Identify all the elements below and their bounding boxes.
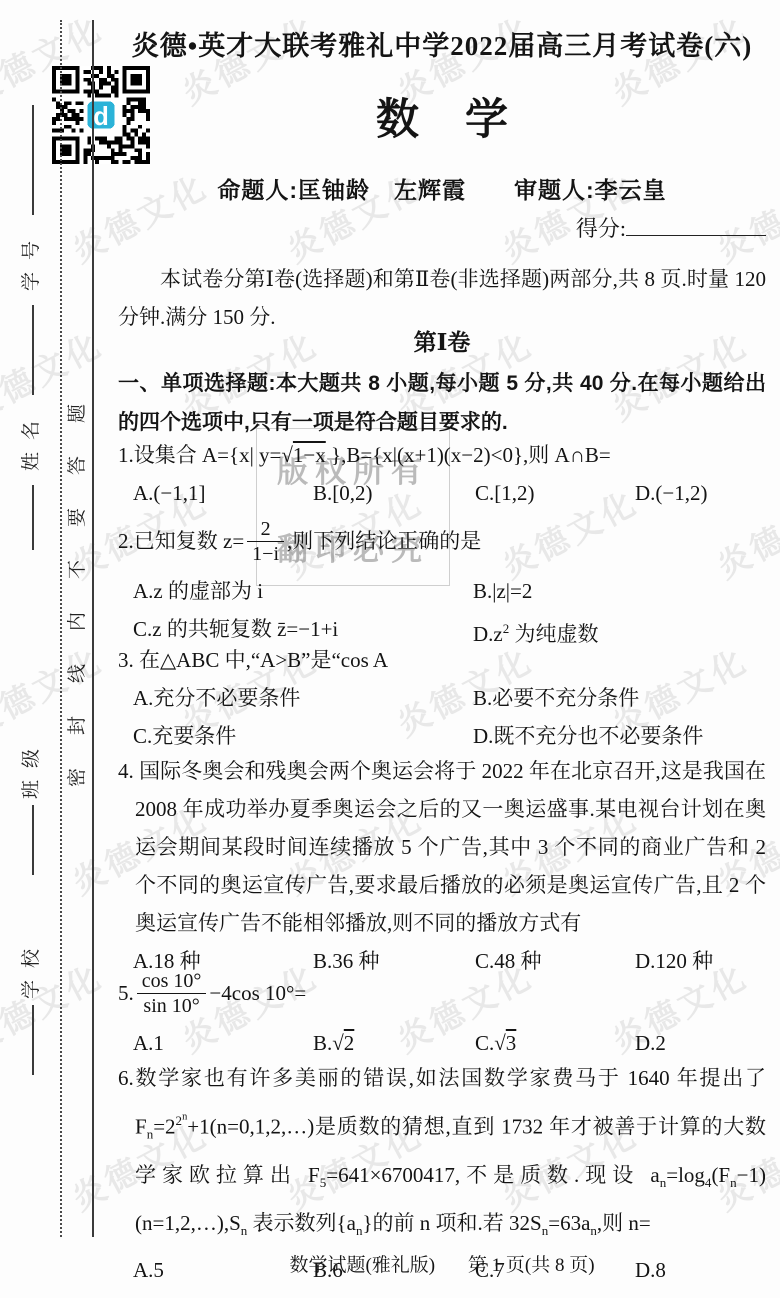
q5-stem-pre: 5. bbox=[118, 974, 134, 1012]
q2-options-row1: A.z 的虚部为 i B.|z|=2 bbox=[118, 572, 766, 610]
q1-stem: 1.设集合 A={x| y=√1−x },B={x|(x+1)(x−2)<0},… bbox=[118, 436, 766, 474]
q2-fraction: 2 1−i bbox=[247, 517, 284, 566]
q5-option-b: B.√2 bbox=[313, 1024, 475, 1062]
subject-title: 数学 bbox=[118, 86, 766, 147]
q3-options-row2: C.充要条件 D.既不充分也不必要条件 bbox=[118, 717, 766, 755]
school-label: 学校 bbox=[20, 922, 44, 1014]
q3-stem: 3. 在△ABC 中,“A>B”是“cos A bbox=[118, 641, 766, 679]
q1-option-b: B.[0,2) bbox=[313, 474, 475, 512]
school-blank-line bbox=[32, 805, 34, 875]
section1-heading: 一、单项选择题:本大题共 8 小题,每小题 5 分,共 40 分.在每小题给出的… bbox=[118, 364, 766, 442]
q3-option-d: D.既不充分也不必要条件 bbox=[473, 717, 766, 755]
question-1: 1.设集合 A={x| y=√1−x },B={x|(x+1)(x−2)<0},… bbox=[118, 436, 766, 512]
q2-stem-pre: 2.已知复数 z= bbox=[118, 522, 244, 560]
question-3: 3. 在△ABC 中,“A>B”是“cos A A.充分不必要条件 B.必要不充… bbox=[118, 641, 766, 755]
q1-option-d: D.(−1,2) bbox=[635, 474, 766, 512]
q1-option-a: A.(−1,1] bbox=[133, 474, 313, 512]
seal-solid-line bbox=[92, 20, 94, 1237]
q3-option-a: A.充分不必要条件 bbox=[133, 679, 473, 717]
seal-dotted-line bbox=[60, 20, 62, 1237]
student-number-label: 学号 bbox=[20, 214, 44, 306]
footer-page-number: 第 1 页(共 8 页) bbox=[468, 1255, 595, 1276]
part1-title: 第Ⅰ卷 bbox=[118, 324, 766, 357]
q5-option-d: D.2 bbox=[635, 1024, 766, 1062]
q2-option-b: B.|z|=2 bbox=[473, 572, 766, 610]
q2-option-a: A.z 的虚部为 i bbox=[133, 572, 473, 610]
q5-options: A.1 B.√2 C.√3 D.2 bbox=[118, 1024, 766, 1062]
q5-option-a: A.1 bbox=[133, 1024, 313, 1062]
question-5: 5. cos 10° sin 10° −4cos 10°= A.1 B.√2 C… bbox=[118, 962, 766, 1062]
q3-option-b: B.必要不充分条件 bbox=[473, 679, 766, 717]
exam-page: { "page": { "header_title": "炎德•英才大联考雅礼中… bbox=[0, 0, 780, 1298]
q4-stem: 4. 国际冬奥会和残奥会两个奥运会将于 2022 年在北京召开,这是我国在200… bbox=[118, 752, 766, 942]
seal-text: 密封线内不要答题 bbox=[66, 387, 90, 787]
q6-stem: 6.数学家也有许多美丽的错误,如法国数学家费马于 1640 年提出了 Fn=22… bbox=[118, 1058, 766, 1251]
score-label: 得分: bbox=[576, 216, 626, 241]
q5-fraction: cos 10° sin 10° bbox=[137, 969, 207, 1018]
name-label: 姓名 bbox=[20, 394, 44, 486]
score-blank bbox=[626, 215, 766, 236]
footer-doc-title: 数学试题(雅礼版) bbox=[289, 1255, 435, 1276]
q5-stem-post: −4cos 10°= bbox=[209, 974, 306, 1012]
class-label: 班级 bbox=[20, 722, 44, 814]
student-number-blank-line bbox=[32, 105, 34, 215]
q2-stem-post: ,则下列结论正确的是 bbox=[287, 522, 481, 560]
q1-options: A.(−1,1] B.[0,2) C.[1,2) D.(−1,2) bbox=[118, 474, 766, 512]
score-row: 得分: bbox=[118, 212, 766, 243]
name-blank-line bbox=[32, 305, 34, 395]
class-blank-line bbox=[32, 485, 34, 550]
q1-option-c: C.[1,2) bbox=[475, 474, 635, 512]
q3-option-c: C.充要条件 bbox=[133, 717, 473, 755]
question-2: 2.已知复数 z= 2 1−i ,则下列结论正确的是 A.z 的虚部为 i B.… bbox=[118, 510, 766, 653]
q2-stem: 2.已知复数 z= 2 1−i ,则下列结论正确的是 bbox=[118, 510, 766, 572]
svg-text:d: d bbox=[93, 103, 109, 131]
setters-line: 命题人:匡铀龄 左辉霞 审题人:李云皇 bbox=[118, 172, 766, 205]
question-4: 4. 国际冬奥会和残奥会两个奥运会将于 2022 年在北京召开,这是我国在200… bbox=[118, 752, 766, 980]
q3-options-row1: A.充分不必要条件 B.必要不充分条件 bbox=[118, 679, 766, 717]
exam-header-title: 炎德•英才大联考雅礼中学2022届高三月考试卷(六) bbox=[118, 24, 766, 63]
bottom-blank-line bbox=[32, 1005, 34, 1075]
q5-option-c: C.√3 bbox=[475, 1024, 635, 1062]
q5-stem: 5. cos 10° sin 10° −4cos 10°= bbox=[118, 962, 766, 1024]
page-footer: 数学试题(雅礼版) 第 1 页(共 8 页) bbox=[118, 1250, 766, 1277]
